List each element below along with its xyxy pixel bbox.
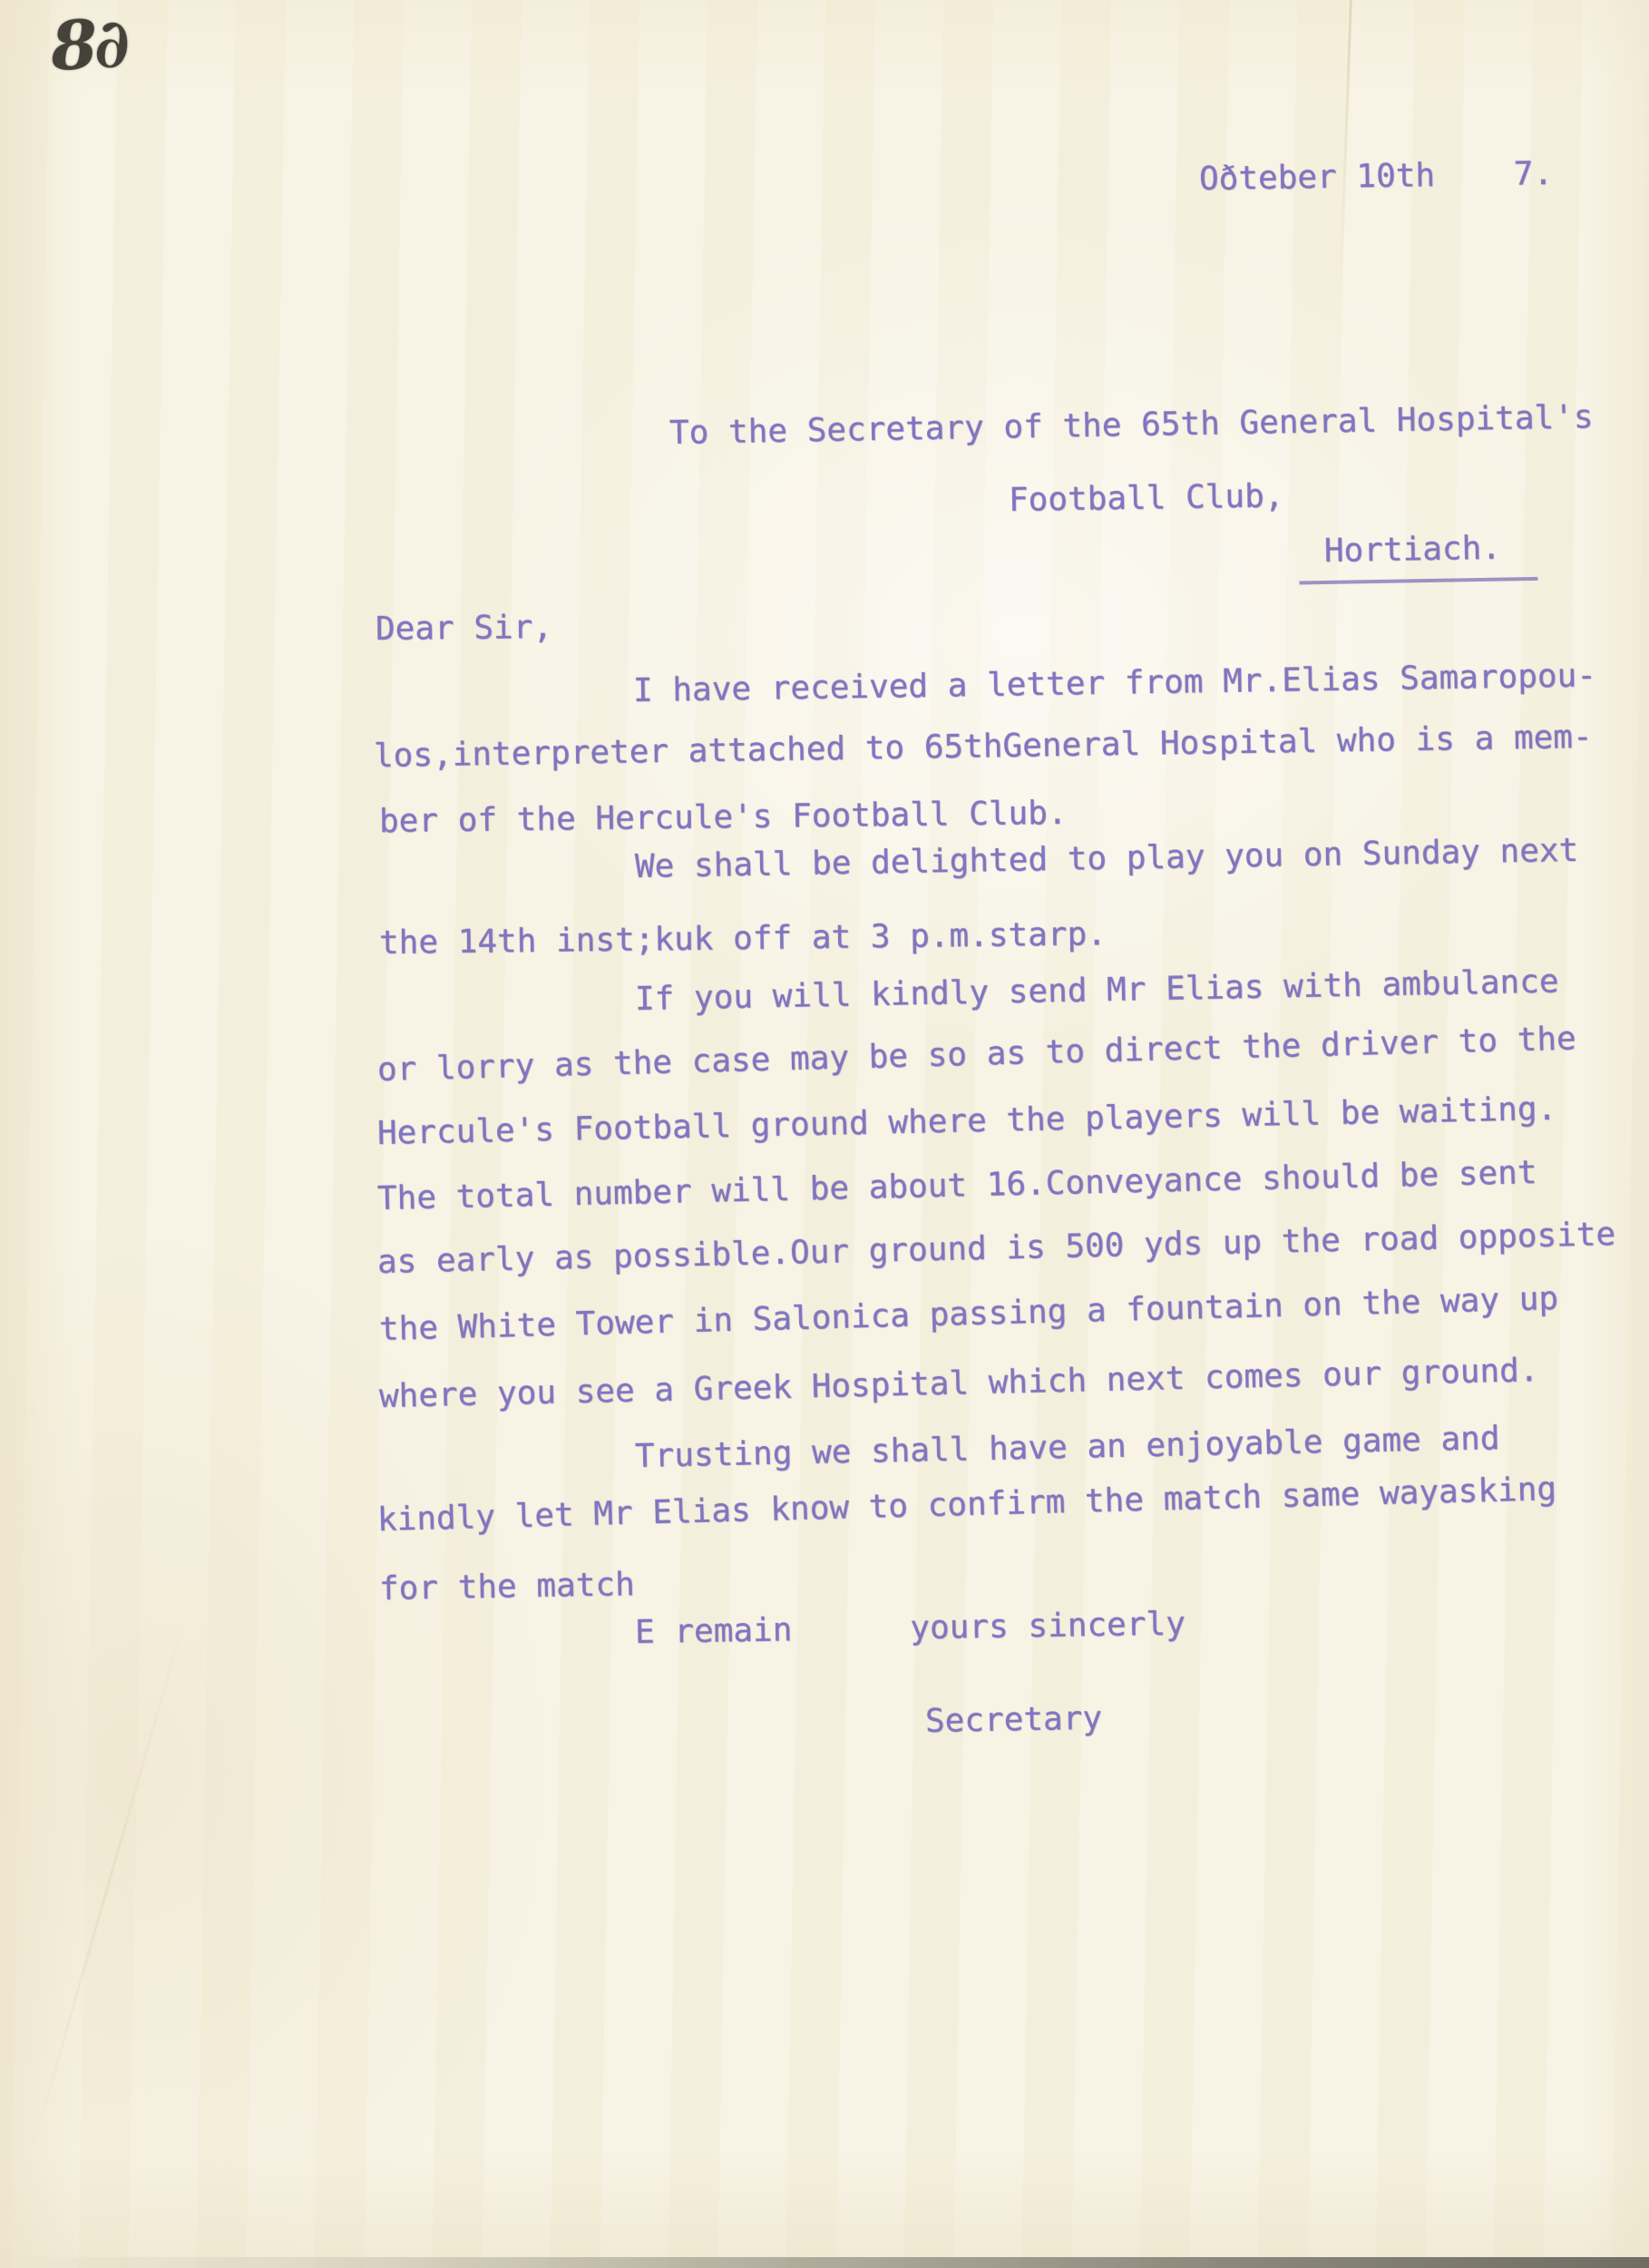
body-line-4: We shall be delighted to play you on Sun… <box>635 831 1579 887</box>
body-line-15: for the match <box>379 1565 635 1609</box>
body-line-5: the 14th inst;kuk off at 3 p.m.starp. <box>379 914 1107 963</box>
body-line-6: If you will kindly send Mr Elias with am… <box>635 962 1559 1020</box>
body-line-7: or lorry as the case may be so as to dir… <box>376 1019 1576 1090</box>
paper-crease-top <box>1339 0 1352 299</box>
body-line-14: kindly let Mr Elias know to confirm the … <box>376 1470 1556 1540</box>
scan-edge-shadow <box>0 2257 1649 2268</box>
body-line-13: Trusting we shall have an enjoyable game… <box>635 1419 1500 1477</box>
recipient-line-2: Football Club, <box>1009 476 1284 521</box>
body-line-8: Hercule's Football ground where the play… <box>377 1090 1557 1154</box>
body-line-3: ber of the Hercule's Football Club. <box>379 794 1068 842</box>
body-line-11: the White Tower in Salonica passing a fo… <box>378 1279 1558 1350</box>
body-line-2: los,interpreter attached to 65thGeneral … <box>374 718 1593 777</box>
body-line-12: where you see a Greek Hospital which nex… <box>379 1351 1539 1417</box>
body-line-9: The total number will be about 16.Convey… <box>377 1153 1537 1219</box>
page-number-stamp: 8∂ <box>49 7 128 83</box>
letter-page: 8∂ Oðteber 10th 7. To the Secretary of t… <box>0 0 1649 2268</box>
date-line: Oðteber 10th 7. <box>1199 154 1554 200</box>
body-line-10: as early as possible.Our ground is 500 y… <box>377 1215 1616 1283</box>
closing-line: E remain yours sincerly <box>635 1604 1186 1653</box>
body-line-1: I have received a letter from Mr.Elias S… <box>633 656 1597 711</box>
salutation: Dear Sir, <box>376 608 553 650</box>
paper-crease-bottom-left <box>32 1608 190 2149</box>
recipient-line-3: Hortiach. <box>1323 528 1537 584</box>
recipient-place-underlined: Hortiach. <box>1298 528 1537 585</box>
signature: Secretary <box>925 1699 1103 1742</box>
recipient-line-1: To the Secretary of the 65th General Hos… <box>669 397 1594 454</box>
